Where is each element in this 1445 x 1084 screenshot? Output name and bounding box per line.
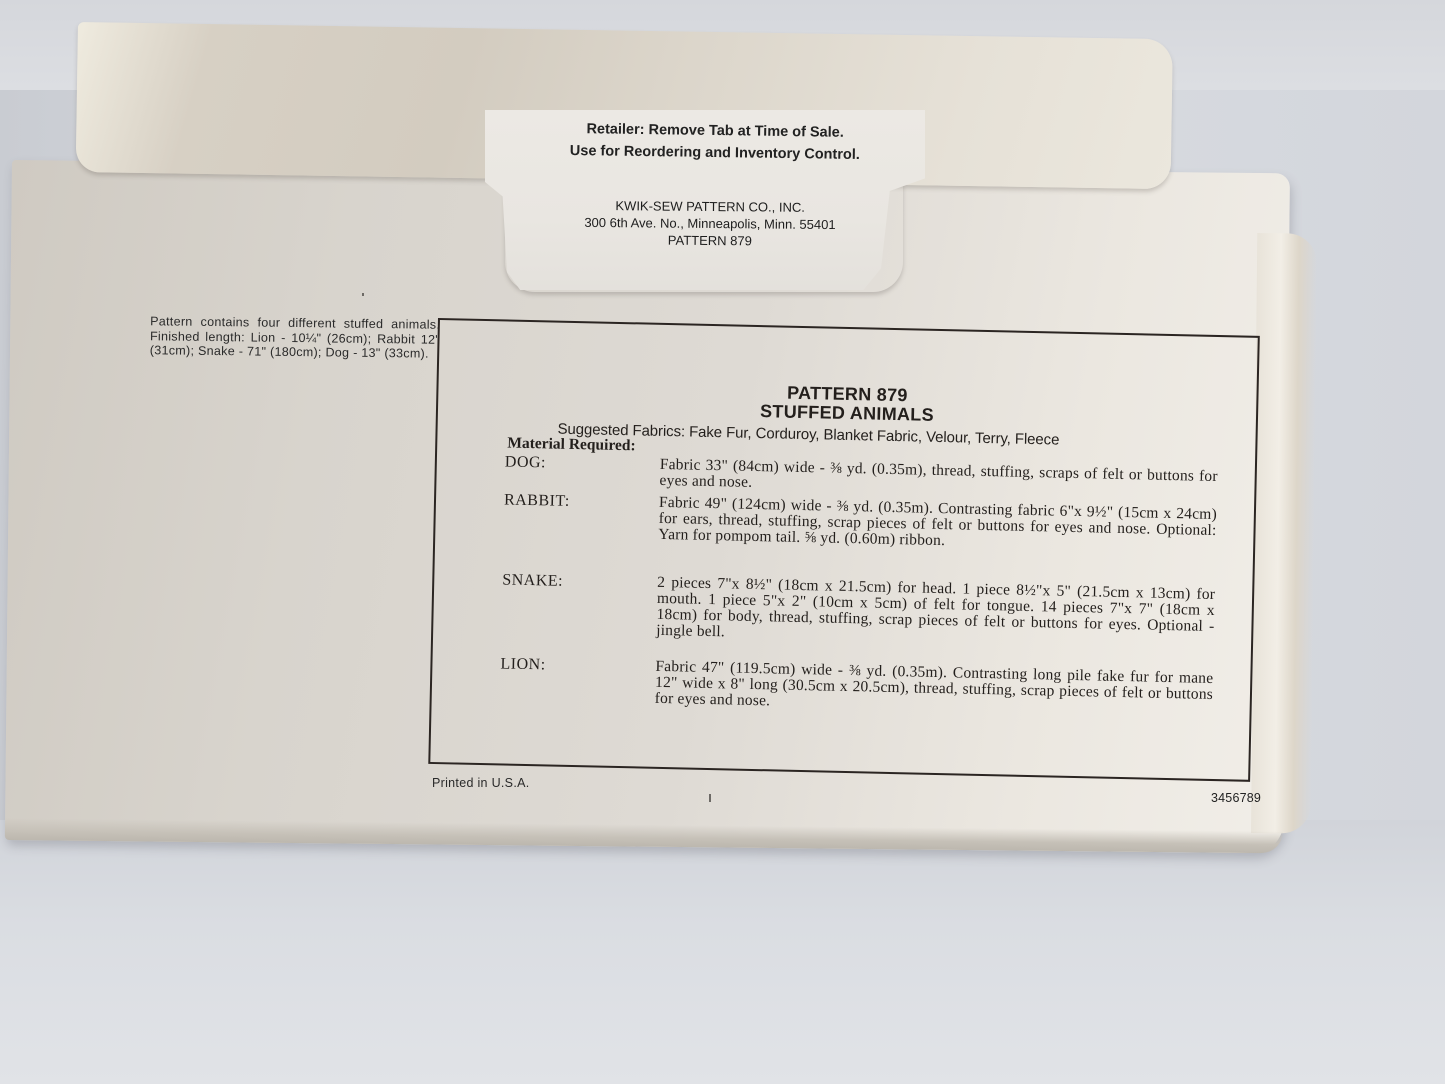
envelope-crumpled-edge <box>1251 233 1317 834</box>
material-required-label: Material Required: <box>507 435 636 456</box>
animal-name: DOG: <box>505 453 655 474</box>
background-fabric-surface <box>0 820 1445 1084</box>
material-row-dog: DOG: Fabric 33" (84cm) wide - ⅜ yd. (0.3… <box>505 453 1225 469</box>
paper-mark <box>709 794 711 802</box>
animal-materials: Fabric 47" (119.5cm) wide - ⅜ yd. (0.35m… <box>655 659 1214 719</box>
material-requirements-box: PATTERN 879 STUFFED ANIMALS Suggested Fa… <box>428 318 1260 782</box>
printed-in-label: Printed in U.S.A. <box>432 776 530 790</box>
tab-pattern-number: PATTERN 879 <box>540 231 880 251</box>
retailer-note: Retailer: Remove Tab at Time of Sale. Us… <box>500 117 931 167</box>
material-row-snake: SNAKE: 2 pieces 7"x 8½" (18cm x 21.5cm) … <box>502 571 1222 587</box>
material-row-lion: LION: Fabric 47" (119.5cm) wide - ⅜ yd. … <box>501 655 1221 671</box>
paper-mark <box>362 293 364 296</box>
animal-materials: Fabric 49" (124cm) wide - ⅜ yd. (0.35m).… <box>658 495 1217 555</box>
company-info: KWIK-SEW PATTERN CO., INC. 300 6th Ave. … <box>540 197 880 251</box>
animal-name: SNAKE: <box>502 571 652 592</box>
product-code: 3456789 <box>1211 791 1261 805</box>
animal-materials: Fabric 33" (84cm) wide - ⅜ yd. (0.35m), … <box>659 457 1218 501</box>
animal-name: LION: <box>500 655 650 676</box>
company-address: 300 6th Ave. No., Minneapolis, Minn. 554… <box>540 214 880 234</box>
animal-materials: 2 pieces 7"x 8½" (18cm x 21.5cm) for hea… <box>656 575 1215 651</box>
animal-name: RABBIT: <box>504 491 654 512</box>
pattern-summary: Pattern contains four different stuffed … <box>150 314 441 361</box>
